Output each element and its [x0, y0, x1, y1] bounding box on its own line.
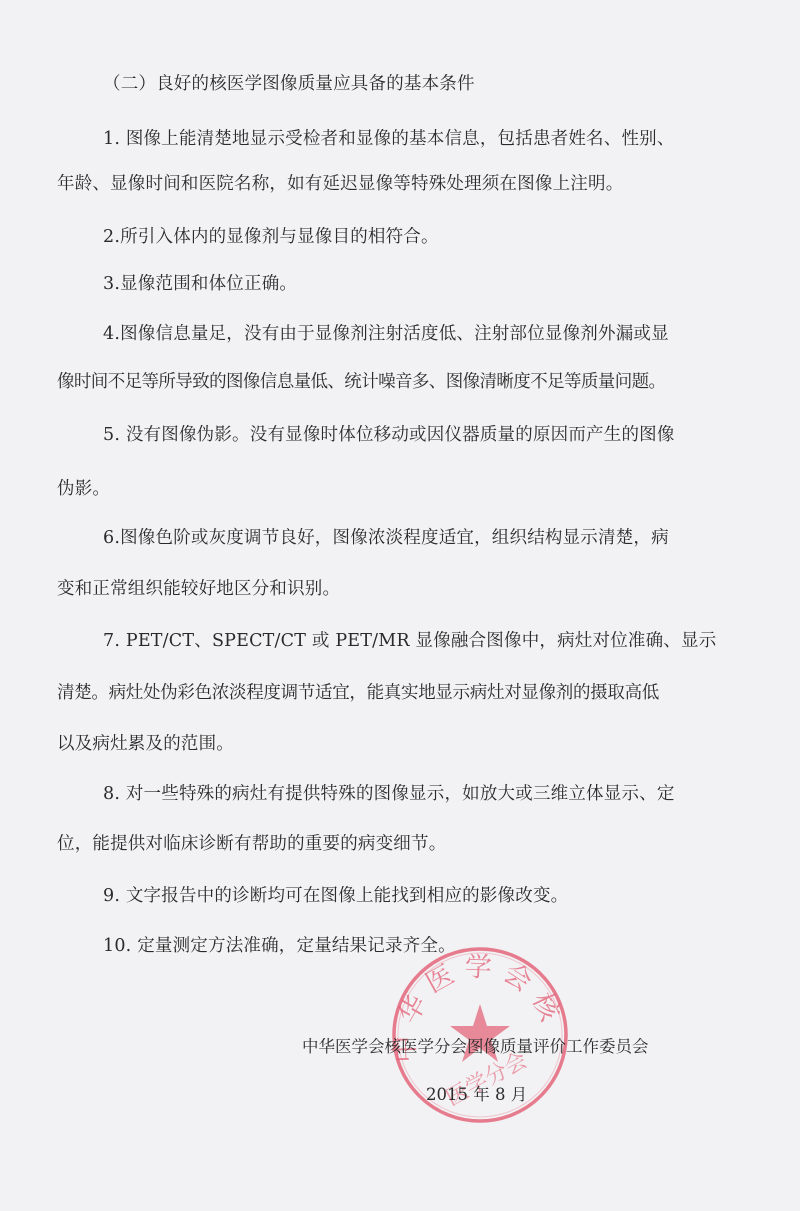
- item-8-line-2: 位，能提供对临床诊断有帮助的重要的病变细节。: [57, 832, 446, 856]
- item-7-line-1: 7. PET/CT、SPECT/CT 或 PET/MR 显像融合图像中，病灶对位…: [103, 629, 716, 653]
- item-6-line-1: 6.图像色阶或灰度调节良好，图像浓淡程度适宜，组织结构显示清楚，病: [103, 526, 669, 550]
- item-2-line-1: 2.所引入体内的显像剂与显像目的相符合。: [103, 225, 439, 249]
- document-page: （二）良好的核医学图像质量应具备的基本条件 1. 图像上能清楚地显示受检者和显像…: [0, 0, 800, 1211]
- item-4-line-2: 像时间不足等所导致的图像信息量低、统计噪音多、图像清晰度不足等质量问题。: [57, 370, 665, 394]
- item-7-line-3: 以及病灶累及的范围。: [57, 732, 234, 756]
- item-6-line-2: 变和正常组织能较好地区分和识别。: [57, 577, 340, 601]
- item-1-line-2: 年龄、显像时间和医院名称，如有延迟显像等特殊处理须在图像上注明。: [57, 172, 623, 196]
- section-heading: （二）良好的核医学图像质量应具备的基本条件: [103, 72, 475, 96]
- item-8-line-1: 8. 对一些特殊的病灶有提供特殊的图像显示，如放大或三维立体显示、定: [103, 782, 675, 806]
- item-3-line-1: 3.显像范围和体位正确。: [103, 272, 297, 296]
- item-4-line-1: 4.图像信息量足，没有由于显像剂注射活度低、注射部位显像剂外漏或显: [103, 322, 669, 346]
- item-1-line-1: 1. 图像上能清楚地显示受检者和显像的基本信息，包括患者姓名、性别、: [103, 127, 675, 151]
- item-5-line-1: 5. 没有图像伪影。没有显像时体位移动或因仪器质量的原因而产生的图像: [103, 423, 675, 447]
- signing-date: 2015 年 8 月: [426, 1084, 527, 1106]
- item-7-line-2: 清楚。病灶处伪彩色浓淡程度调节适宜，能真实地显示病灶对显像剂的摄取高低: [57, 681, 659, 705]
- item-10-line-1: 10. 定量测定方法准确，定量结果记录齐全。: [103, 934, 456, 958]
- signing-organization: 中华医学会核医学分会图像质量评价工作委员会: [302, 1036, 649, 1058]
- item-5-line-2: 伪影。: [57, 477, 110, 501]
- item-9-line-1: 9. 文字报告中的诊断均可在图像上能找到相应的影像改变。: [103, 884, 568, 908]
